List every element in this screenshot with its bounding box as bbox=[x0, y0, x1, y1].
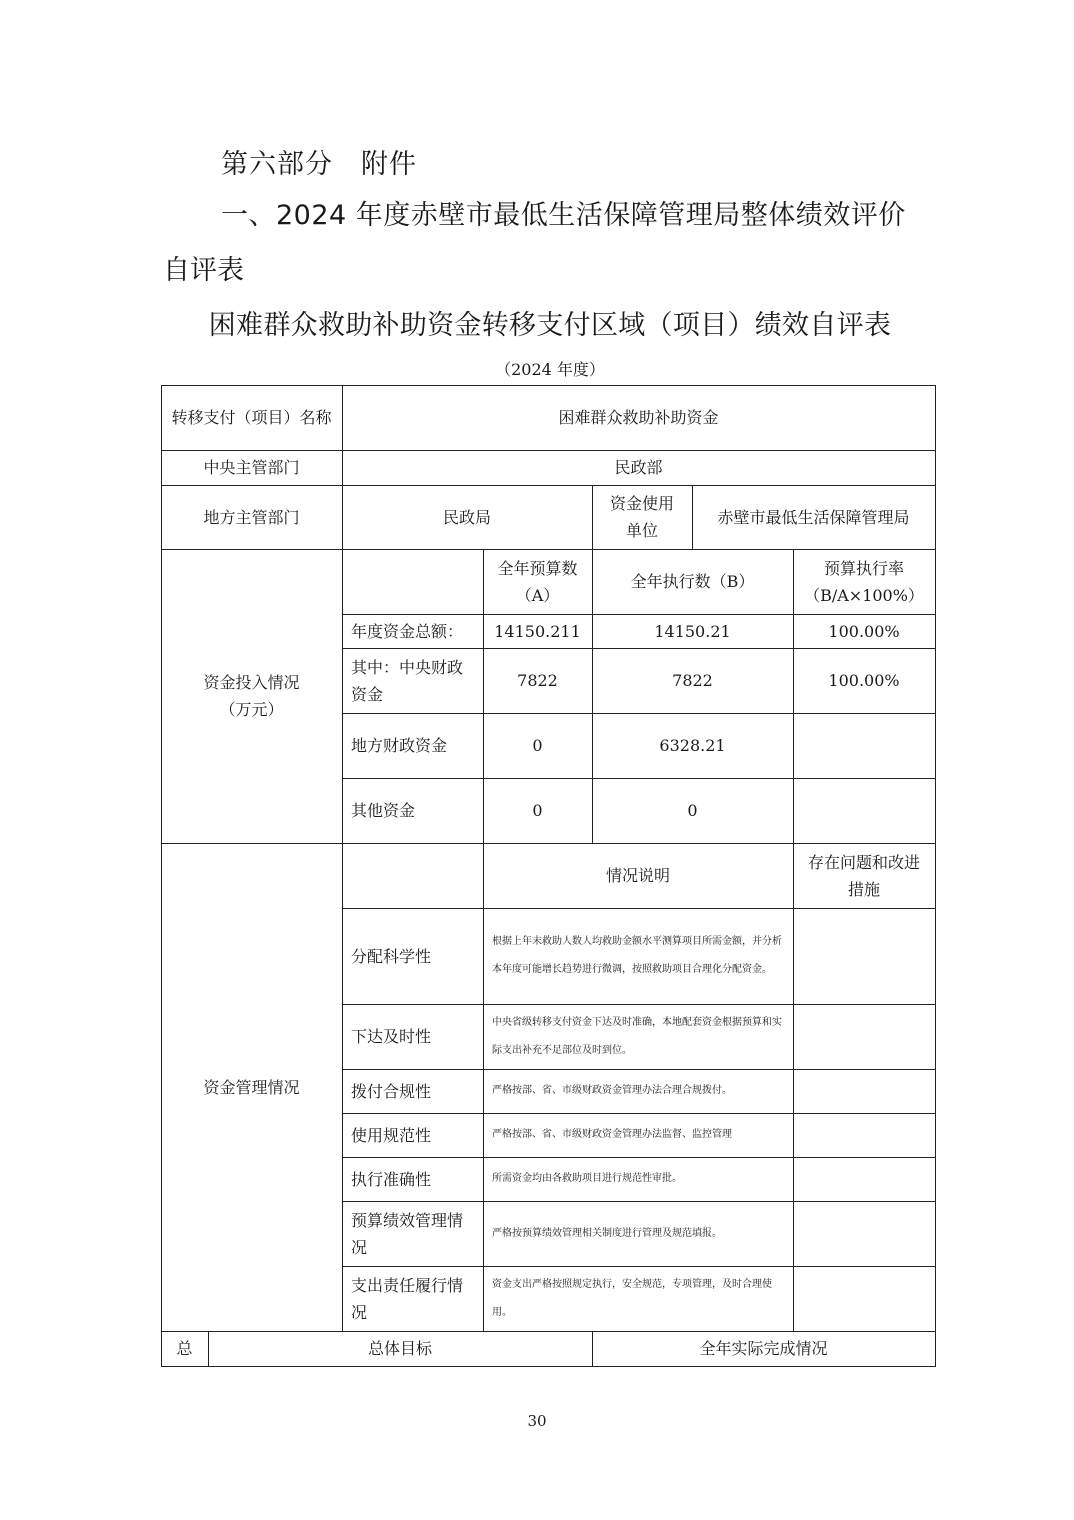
funding-header-executed: 全年执行数（B） bbox=[592, 549, 793, 614]
management-row-label: 预算绩效管理情况 bbox=[342, 1201, 483, 1266]
management-row-description: 严格按部、省、市级财政资金管理办法监督、监控管理 bbox=[483, 1113, 793, 1157]
management-row-issues bbox=[793, 1113, 935, 1157]
management-row-issues bbox=[793, 1266, 935, 1331]
overall-goal-header: 总体目标 bbox=[208, 1331, 592, 1366]
management-row-issues bbox=[793, 1157, 935, 1201]
funding-row-executed: 6328.21 bbox=[592, 713, 793, 778]
management-row-description: 严格按部、省、市级财政资金管理办法合理合规拨付。 bbox=[483, 1069, 793, 1113]
management-row-label: 拨付合规性 bbox=[342, 1069, 483, 1113]
management-row-description: 所需资金均由各救助项目进行规范性审批。 bbox=[483, 1157, 793, 1201]
funding-row-label: 其中：中央财政资金 bbox=[342, 648, 483, 713]
management-row-issues bbox=[793, 1201, 935, 1266]
management-row-label: 执行准确性 bbox=[342, 1157, 483, 1201]
funding-header-rate: 预算执行率（B/A×100%） bbox=[793, 549, 935, 614]
central-dept-label: 中央主管部门 bbox=[161, 450, 342, 485]
management-row-label: 使用规范性 bbox=[342, 1113, 483, 1157]
management-header-description: 情况说明 bbox=[483, 843, 793, 908]
section-heading: 第六部分 附件 bbox=[221, 142, 417, 181]
funding-section-label: 资金投入情况（万元） bbox=[161, 549, 342, 843]
table-title: 困难群众救助补助资金转移支付区域（项目）绩效自评表 bbox=[160, 303, 940, 342]
local-dept-value: 民政局 bbox=[342, 485, 592, 549]
funding-row-executed: 14150.21 bbox=[592, 614, 793, 648]
page-number: 30 bbox=[0, 1412, 1074, 1430]
management-row-issues bbox=[793, 1004, 935, 1069]
grid-line bbox=[161, 1366, 936, 1367]
user-unit-value: 赤壁市最低生活保障管理局 bbox=[692, 485, 935, 549]
funding-row-rate: 100.00% bbox=[793, 614, 935, 648]
management-row-label: 支出责任履行情况 bbox=[342, 1266, 483, 1331]
management-row-description: 严格按预算绩效管理相关制度进行管理及规范填报。 bbox=[483, 1201, 793, 1266]
funding-row-budget: 0 bbox=[483, 713, 592, 778]
management-row-issues bbox=[793, 908, 935, 1004]
table-subtitle: （2024 年度） bbox=[160, 357, 940, 380]
funding-row-rate bbox=[793, 713, 935, 778]
funding-row-rate bbox=[793, 778, 935, 843]
management-row-label: 分配科学性 bbox=[342, 908, 483, 1004]
funding-row-executed: 7822 bbox=[592, 648, 793, 713]
funding-row-executed: 0 bbox=[592, 778, 793, 843]
management-row-label: 下达及时性 bbox=[342, 1004, 483, 1069]
central-dept-value: 民政部 bbox=[342, 450, 935, 485]
management-row-issues bbox=[793, 1069, 935, 1113]
document-heading-line1: 一、2024 年度赤壁市最低生活保障管理局整体绩效评价 bbox=[221, 193, 906, 232]
management-row-description: 资金支出严格按照规定执行，安全规范，专项管理，及时合理使用。 bbox=[483, 1266, 793, 1331]
user-unit-label: 资金使用单位 bbox=[592, 485, 692, 549]
funding-row-label: 地方财政资金 bbox=[342, 713, 483, 778]
grid-line bbox=[935, 385, 936, 1367]
local-dept-label: 地方主管部门 bbox=[161, 485, 342, 549]
funding-row-budget: 7822 bbox=[483, 648, 592, 713]
project-name-label: 转移支付（项目）名称 bbox=[161, 385, 342, 450]
project-name-value: 困难群众救助补助资金 bbox=[342, 385, 935, 450]
funding-row-budget: 14150.211 bbox=[483, 614, 592, 648]
management-header-issues: 存在问题和改进措施 bbox=[793, 843, 935, 908]
funding-header-budget: 全年预算数（A） bbox=[483, 549, 592, 614]
funding-row-rate: 100.00% bbox=[793, 648, 935, 713]
goals-side-label: 总 bbox=[161, 1331, 208, 1366]
funding-row-budget: 0 bbox=[483, 778, 592, 843]
funding-row-label: 年度资金总额： bbox=[342, 614, 483, 648]
management-row-description: 根据上年末救助人数人均救助金额水平测算项目所需金额，并分析本年度可能增长趋势进行… bbox=[483, 908, 793, 1004]
funding-row-label: 其他资金 bbox=[342, 778, 483, 843]
management-section-label: 资金管理情况 bbox=[161, 843, 342, 1331]
actual-completion-header: 全年实际完成情况 bbox=[592, 1331, 935, 1366]
document-heading-line2: 自评表 bbox=[163, 248, 244, 287]
management-row-description: 中央省级转移支付资金下达及时准确，本地配套资金根据预算和实际支出补充不足部位及时… bbox=[483, 1004, 793, 1069]
